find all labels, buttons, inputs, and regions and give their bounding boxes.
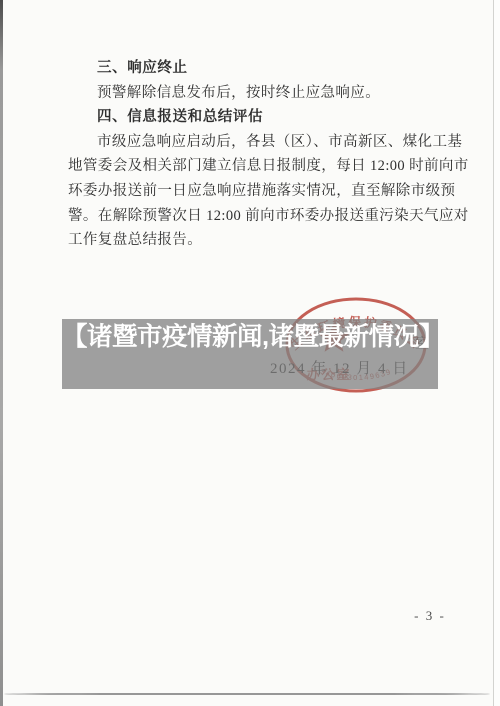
scanned-document-page: 三、响应终止 预警解除信息发布后，按时终止应急响应。 四、信息报送和总结评估 市… xyxy=(0,0,500,706)
section-heading-4: 四、信息报送和总结评估 xyxy=(68,105,452,130)
page-number: - 3 - xyxy=(408,608,452,624)
body-line: 预警解除信息发布后，按时终止应急响应。 xyxy=(68,81,452,106)
body-line: 地管委会及相关部门建立信息日报制度，每日 12:00 时前向市 xyxy=(68,154,452,179)
section-heading-3: 三、响应终止 xyxy=(68,56,452,81)
watermark-title-band: 【诸暨市疫情新闻,诸暨最新情况】 xyxy=(62,319,438,389)
scan-right-margin xyxy=(494,0,500,706)
watermark-title-text: 【诸暨市疫情新闻,诸暨最新情况】 xyxy=(62,321,438,354)
document-body: 三、响应终止 预警解除信息发布后，按时终止应急响应。 四、信息报送和总结评估 市… xyxy=(68,56,452,253)
body-line: 环委办报送前一日应急响应措施落实情况，直至解除市级预 xyxy=(68,179,452,204)
body-line: 工作复盘总结报告。 xyxy=(68,228,452,253)
scan-bottom-edge-line xyxy=(4,693,490,695)
body-line: 市级应急响应启动后，各县（区）、市高新区、煤化工基 xyxy=(68,130,452,155)
body-line: 警。在解除预警次日 12:00 前向市环委办报送重污染天气应对 xyxy=(68,204,452,229)
scan-left-edge-line xyxy=(0,0,3,706)
